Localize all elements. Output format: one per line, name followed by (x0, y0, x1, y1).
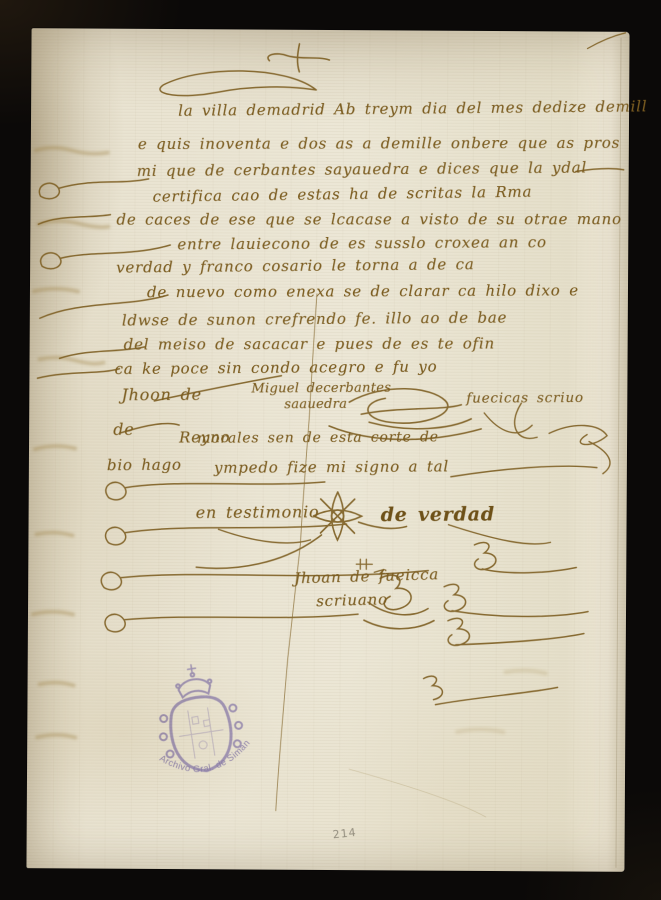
manuscript-line: verdad y franco cosario le torna a de ca (116, 256, 475, 276)
manuscript-line: ca ke poce sin condo acegro e fu yo (114, 358, 437, 377)
scan-backdrop: la villa demadrid Ab treym dia del mes d… (0, 0, 661, 900)
notary-note: fuecicas scriuo (466, 391, 584, 407)
signature-cervantes-line2: saauedra (284, 398, 347, 413)
stamp-arc-text: Archivo Gral. de Simancas (139, 654, 255, 781)
paper-scratch (349, 769, 486, 817)
folio-number: 214 (332, 826, 357, 842)
manuscript-line: ldwse de sunon crefrendo fe. illo ao de … (122, 309, 508, 329)
manuscript-line: mi que de cerbantes sayauedra e dices qu… (137, 159, 587, 179)
witness-name: Jhoon de (121, 386, 202, 404)
notary-note-rubric (484, 403, 537, 438)
manuscript-page: la villa demadrid Ab treym dia del mes d… (26, 28, 629, 872)
signature-cervantes-line1: Miguel decerbantes (251, 382, 391, 397)
witness-name-3: bio hago (107, 457, 182, 474)
testimonium-left: en testimonio (196, 503, 320, 521)
bottom-flourishes-right (423, 542, 588, 705)
signature-notary-line1: Jhoan de fueicca (294, 566, 439, 587)
stamp-crown (173, 662, 213, 698)
witness-name-2a: de (113, 421, 134, 439)
corner-pen-stroke (587, 33, 625, 49)
notary-clause-line1: morales sen de esta corte de (197, 430, 439, 447)
manuscript-line: la villa demadrid Ab treym dia del mes d… (178, 98, 647, 119)
manuscript-line: certifica cao de estas ha de scritas la … (152, 184, 532, 205)
manuscript-line: de nuevo como enexa se de clarar ca hilo… (147, 282, 579, 300)
invocation-cross-mark (268, 44, 330, 72)
manuscript-line: de caces de ese que se lcacase a visto d… (116, 211, 621, 228)
archive-stamp: Archivo Gral. de Simancas (139, 654, 260, 786)
signature-notary-line2: scriuano (316, 591, 388, 610)
manuscript-line: e quis inoventa e dos as a demille onber… (138, 135, 620, 153)
stamp-arc-text-holder: Archivo Gral. de Simancas (139, 654, 255, 781)
ink-flourish-layer (26, 28, 629, 872)
manuscript-line: entre lauiecono de es susslo croxea an c… (177, 234, 547, 253)
manuscript-line: del meiso de sacacar e pues de es te ofi… (124, 335, 495, 352)
testimonium-right: de verdad (381, 504, 495, 526)
opening-flourish (160, 70, 316, 96)
notary-clause-line2: ympedo fize mi signo a tal (214, 458, 449, 476)
